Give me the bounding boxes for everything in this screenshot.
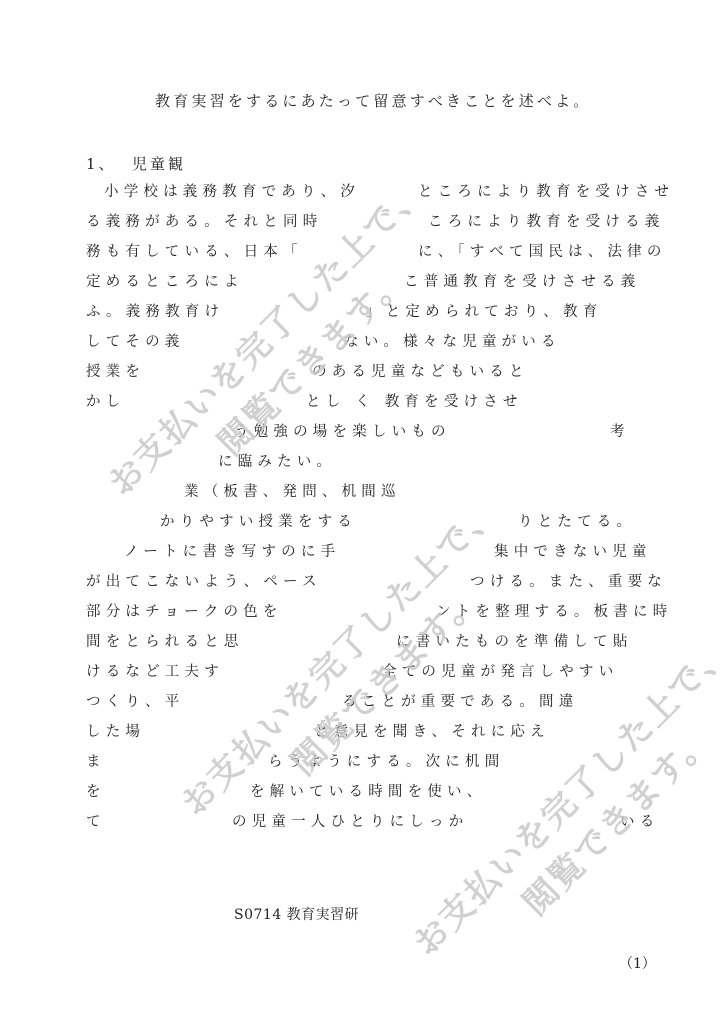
text-line-fragment: う勉強の場を楽しいもの (234, 422, 451, 442)
text-line-fragment: ノートに書き写すのに手 (124, 542, 340, 562)
document-code: S0714 教育実習研 (234, 904, 359, 924)
text-line-fragment: いる (620, 812, 659, 832)
text-line-fragment: 定めるところによ (86, 272, 244, 292)
text-line-fragment: つくり、平 (86, 692, 185, 712)
section-heading: 1、児童観 (86, 153, 186, 174)
document-page: 教育実習をするにあたって留意すべきことを述べよ。 1、児童観 小学校は義務教育で… (0, 0, 724, 1024)
text-line-fragment: 集中できない児童 (494, 542, 652, 562)
text-line-fragment: に、「すべて国民は、法律の (418, 242, 667, 262)
text-line-fragment: る義務がある。それと同時 (86, 212, 322, 232)
section-number: 1、 (86, 153, 132, 174)
text-line-fragment: のある児童などもいると (312, 362, 529, 382)
text-line-fragment: 授業を (86, 362, 145, 382)
text-line-fragment: ない。様々な児童がいる (344, 332, 561, 352)
text-line-fragment: と意見を聞き、それに応え (314, 722, 550, 742)
text-line-fragment: 考 (610, 422, 630, 442)
text-line-fragment: を解いている時間を使い、 (250, 782, 486, 802)
text-line-fragment: 全ての児童が発言しやすい (382, 662, 618, 682)
page-number: （1） (619, 953, 656, 973)
text-line-fragment: ントを整理する。板書に時 (436, 602, 672, 622)
text-line-fragment: に臨みたい。 (218, 452, 336, 472)
text-line-fragment: が出てこないよう、ペース (86, 572, 322, 592)
text-line-fragment: とし く 教育を受けさせ (306, 392, 523, 412)
text-line-fragment: に書いたものを準備して貼 (396, 632, 632, 652)
text-line-fragment: 間をとられると思 (86, 632, 244, 652)
section-label: 児童観 (132, 155, 186, 173)
text-line-fragment: りとたてる。 (518, 512, 636, 532)
text-line-fragment: を (86, 782, 106, 802)
text-line-fragment: こ普通教育を受けさせる義 (404, 272, 640, 292)
text-line-fragment: て (86, 812, 106, 832)
text-line-fragment: 業（板書、発問、机間巡 (184, 482, 401, 502)
text-line-fragment: の児童一人ひとりにしっか (232, 812, 468, 832)
text-line-fragment: けるなど工夫す (86, 662, 224, 682)
text-line-fragment: ころにより教育を受ける義 (428, 212, 664, 232)
text-line-fragment: つける。また、重要な (470, 572, 667, 592)
text-line-fragment: してその義 (86, 332, 185, 352)
text-line-fragment: ま (86, 752, 106, 772)
text-line-fragment: 小学校は義務教育であり、汐 (104, 182, 360, 202)
text-line-fragment: 務も有している、日本「 (86, 242, 303, 262)
text-line-fragment: 部分はチョークの色を (86, 602, 283, 622)
text-line-fragment: ふ。義務教育け (86, 302, 224, 322)
document-title: 教育実習をするにあたって留意すべきことを述べよ。 (155, 90, 592, 111)
text-line-fragment: かし (86, 392, 125, 412)
text-line-fragment: した場 (86, 722, 145, 742)
text-line-fragment: 」と定められており、教育 (366, 302, 602, 322)
text-line-fragment: ところにより教育を受けさせ (418, 182, 674, 202)
text-line-fragment: らうようにする。次に机間 (268, 752, 504, 772)
text-line-fragment: かりやすい授業をする (160, 512, 357, 532)
text-line-fragment: ることが重要である。間違 (342, 692, 578, 712)
